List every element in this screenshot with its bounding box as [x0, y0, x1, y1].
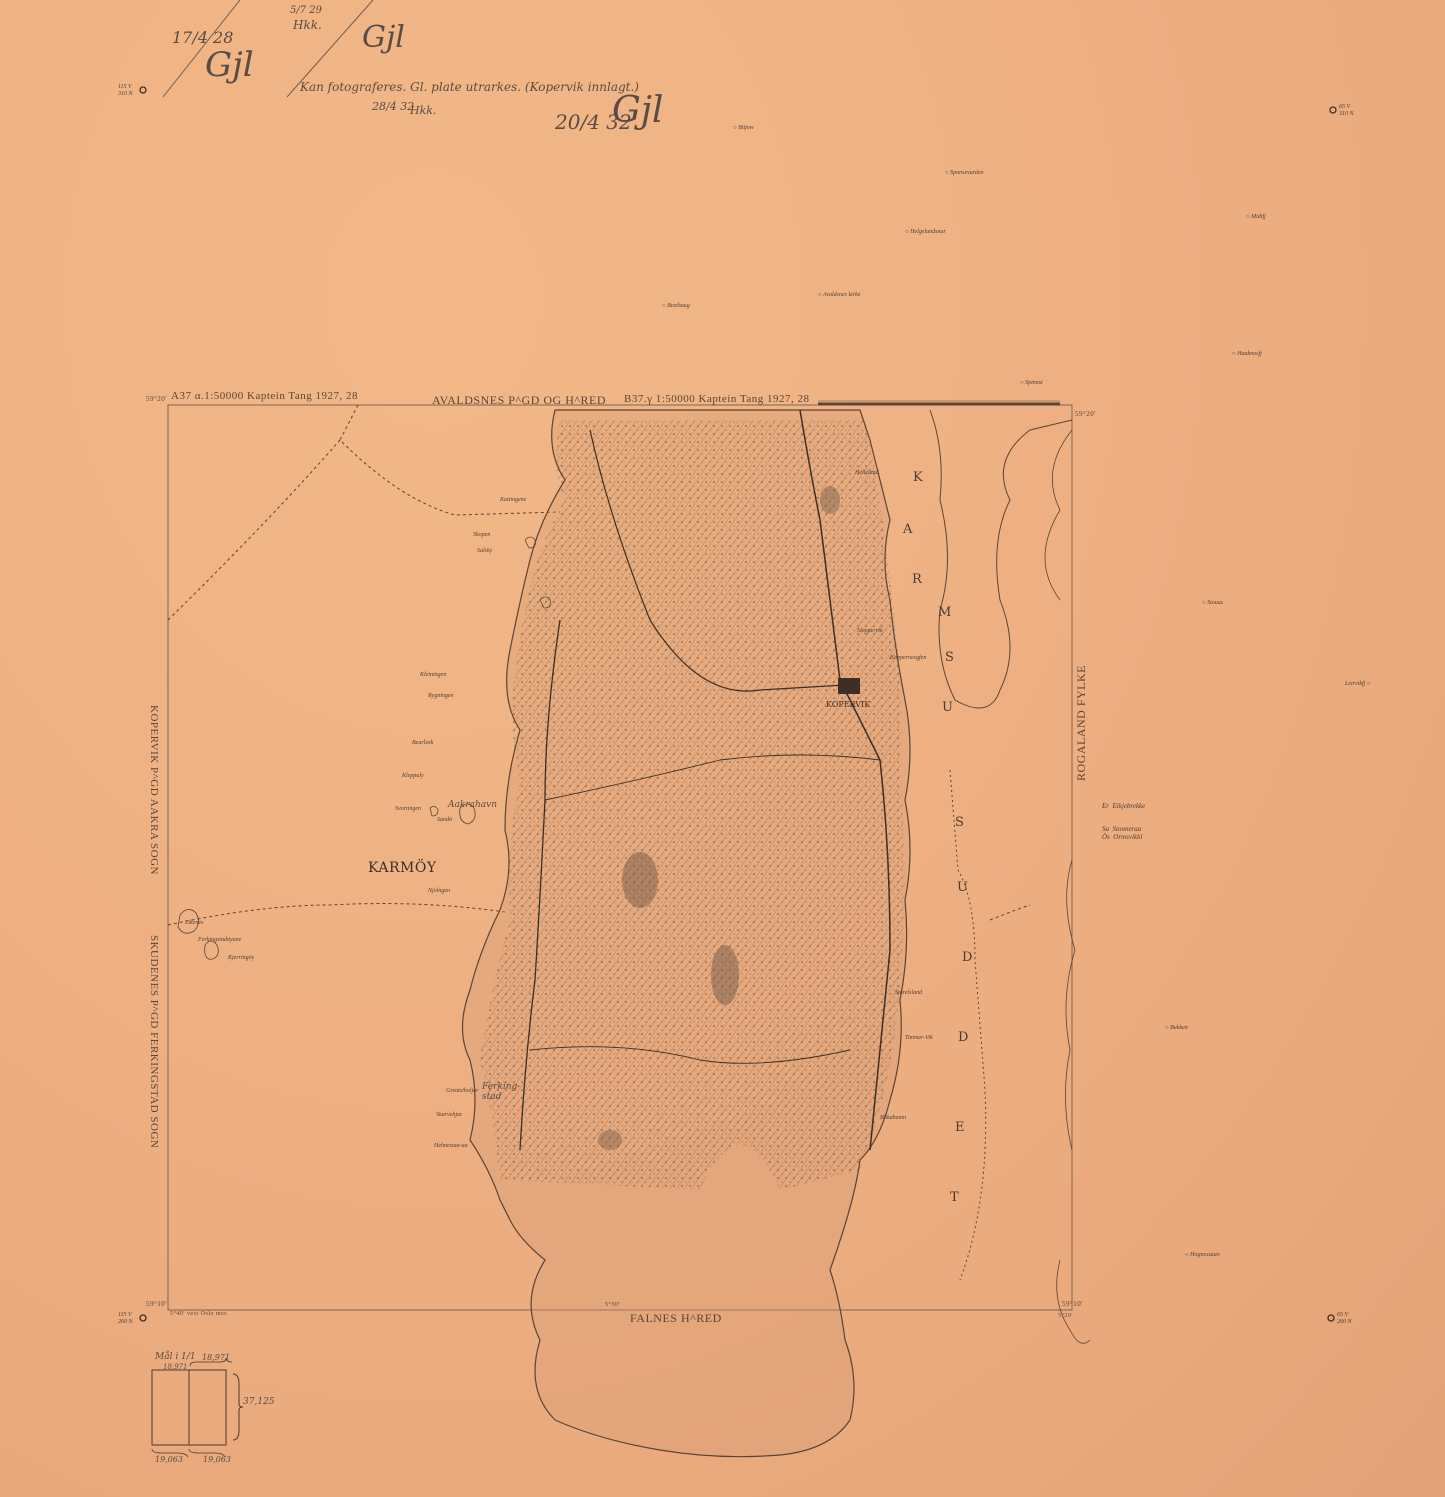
place-sloppervik: Sloppervik	[857, 628, 883, 634]
annotation-date-2: 5/7 29	[290, 5, 322, 16]
strait-letter: S	[955, 815, 964, 830]
place-helleland: Helleland	[855, 470, 879, 476]
strait-letter: K	[913, 470, 923, 485]
trig-point: ○ Spinnst	[1020, 380, 1043, 386]
annotation-initials-2: Hkk.	[410, 104, 436, 117]
strait-letter: E	[955, 1120, 965, 1135]
side-label-skudenes: SKUDENES P^GD FERKINGSTAD SOGN	[148, 935, 160, 1148]
legend-item: Sa Stonneraa	[1102, 825, 1141, 833]
trig-point: Leirvikfj ○	[1345, 681, 1370, 687]
annotation-initials-1: Hkk.	[293, 18, 322, 32]
corner-marker-bl: 115 V260 N	[118, 1312, 133, 1326]
trig-point: ○ Bukken	[1165, 1025, 1188, 1031]
place-ferkingstadoyane: Ferkingstadöyane	[198, 937, 241, 943]
place-njolngen: Njolngen	[428, 888, 450, 894]
trig-point: ○ Avaldsnes kirke	[818, 292, 861, 298]
map-graphics	[0, 0, 1445, 1497]
strait-letter: R	[912, 572, 922, 587]
place-kappernesgfen: Kappernesgfen	[890, 655, 926, 661]
measure-bottom-left: 19,063	[155, 1455, 183, 1464]
meridian-label-mid: 5°30'	[605, 1302, 620, 1308]
strait-letter: U	[942, 700, 953, 715]
trig-point: ○ Hauknosfj	[1232, 351, 1262, 357]
place-skopen: Skopen	[473, 532, 490, 538]
annotation-date-3: 28/4 32	[372, 100, 414, 113]
measure-top-right: 18,971	[202, 1353, 230, 1362]
strait-letter: D	[962, 950, 972, 965]
legend-item: Ös Ormsvikhl	[1102, 833, 1142, 841]
town-name-kopervik: KOPERVIK	[826, 700, 870, 709]
sheet-header-center: AVALDSNES P^GD OG H^RED	[432, 393, 606, 408]
measure-top-left: 18,971	[163, 1363, 188, 1371]
side-label-rogaland: ROGALAND FYLKE	[1074, 665, 1089, 781]
place-kattingene: Kattingene	[500, 497, 526, 503]
corner-label-bottom-right: 59°10'	[1062, 1300, 1083, 1308]
trig-point: ○ Hognessaan	[1185, 1252, 1220, 1258]
place-bearlsok: Bearlsok	[412, 740, 433, 746]
corner-label-top-right: 59°20'	[1075, 410, 1096, 418]
place-ferkingstad: Ferking-stad	[482, 1082, 512, 1102]
strait-letter: U	[957, 880, 968, 895]
trig-point: ○ Helgelandsnur	[905, 229, 946, 235]
place-skarvehjar: Skarvehjar	[436, 1112, 462, 1118]
annotation-signature-1: Gjl	[205, 45, 254, 85]
corner-marker-tl: 115 V310 N	[118, 84, 133, 98]
place-timmervik: Timmer-Vik	[905, 1035, 933, 1041]
place-kjerringoy: Kjerringöy	[228, 955, 254, 961]
place-rygningen: Rygningen	[428, 693, 454, 699]
trig-point: ○ Sponsevarden	[945, 170, 984, 176]
trig-point: ○ Midtfj	[1246, 214, 1266, 220]
sheet-header-right: B37.γ 1:50000 Kaptein Tang 1927, 28	[624, 393, 809, 405]
place-sando: Sandö	[437, 817, 452, 823]
strait-letter: M	[938, 605, 951, 620]
place-blikahamn: Blikahamn	[880, 1115, 906, 1121]
side-label-kopervik: KOPERVIK P^GD AAKRA SOGN	[148, 705, 160, 875]
island-name-karmoy: KARMÖY	[368, 860, 437, 876]
strait-letter: S	[945, 650, 954, 665]
place-helmestaa: Helmestaa-aa	[434, 1143, 468, 1149]
trig-point: ○ Bitjow	[733, 125, 754, 131]
measure-bottom-right: 19,063	[203, 1455, 231, 1464]
place-svortingen: Svortingen	[395, 806, 421, 812]
sheet-header-bottom: FALNES H^RED	[630, 1311, 722, 1326]
sheet-header-left: A37 α.1:50000 Kaptein Tang 1927, 28	[171, 390, 358, 402]
strait-letter: A	[903, 522, 912, 537]
annotation-signature-4: Gjl	[612, 90, 663, 131]
place-aakrahavn: Aakrahavn	[448, 800, 497, 810]
corner-label-bottom-left: 59°10'	[146, 1300, 167, 1308]
trig-point: ○ Bosthaug	[662, 303, 690, 309]
annotation-signature-2: Gjl	[362, 20, 405, 55]
place-kleppaly: Kleppaly	[402, 773, 424, 779]
measure-title: Mål i 1/1	[155, 1352, 196, 1362]
strait-letter: D	[958, 1030, 968, 1045]
measure-right: 37,125	[243, 1397, 275, 1407]
meridian-label-right: 5°20'	[1058, 1313, 1073, 1319]
place-kleiningen: Kleiningen	[420, 672, 446, 678]
place-storelsland: Storelsland	[895, 990, 922, 996]
place-greatsiholjar: Greatsiholjar	[446, 1088, 478, 1094]
legend-item: Er Eikjebrekke	[1102, 802, 1145, 810]
trig-point: ○ Stouus	[1202, 600, 1223, 606]
annotation-note: Kan fotograferes. Gl. plate utrarkes. (K…	[300, 80, 639, 94]
strait-letter: T	[950, 1190, 959, 1205]
place-likenes: Likenes	[185, 920, 203, 926]
place-salsky: Salsky	[477, 548, 492, 554]
corner-label-top-left: 59°20'	[146, 395, 167, 403]
corner-marker-tr: 65 V310 N	[1339, 104, 1354, 118]
meridian-label-left: 5°40' vest Oslo mer.	[170, 1311, 228, 1317]
corner-marker-br: 65 V260 N	[1337, 1312, 1352, 1326]
